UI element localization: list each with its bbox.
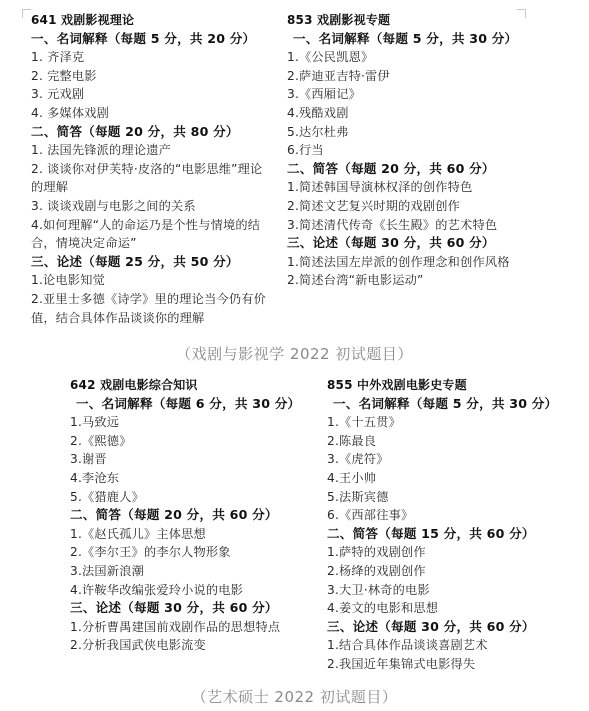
question-item: 1.分析曹禺建国前戏剧作品的思想特点: [70, 618, 310, 637]
question-item: 2.《熙德》: [70, 432, 310, 451]
question-item: 4.许鞍华改编张爱玲小说的电影: [70, 581, 310, 600]
question-item: 4.李沧东: [70, 469, 310, 488]
question-item: 3.《虎符》: [327, 450, 577, 469]
question-item: 2.简述文艺复兴时期的戏剧创作: [287, 197, 557, 216]
section-heading: 二、简答（每题 15 分，共 60 分）: [327, 525, 577, 544]
question-item: 1.简述韩国导演林权泽的创作特色: [287, 178, 557, 197]
caption-top: （戏剧与影视学 2022 初试题目）: [0, 343, 589, 364]
question-item: 2.杨绛的戏剧创作: [327, 562, 577, 581]
question-item: 2.我国近年集锦式电影得失: [327, 655, 577, 674]
question-item: 2.简述台湾“新电影运动”: [287, 271, 557, 290]
question-item: 1.《公民凯恩》: [287, 48, 557, 67]
caption-bottom: （艺术硕士 2022 初试题目）: [0, 686, 589, 707]
question-item: 5.法斯宾德: [327, 488, 577, 507]
question-item: 6.行当: [287, 141, 557, 160]
section-heading: 一、名词解释（每题 6 分，共 30 分）: [70, 395, 310, 414]
section-heading: 三、论述（每题 30 分，共 60 分）: [287, 234, 557, 253]
question-item: 1. 齐泽克: [31, 48, 271, 67]
question-item: 4. 多媒体戏剧: [31, 104, 271, 123]
question-item: 2. 谈谈你对伊芙特·皮洛的“电影思维”理论的理解: [31, 160, 271, 197]
question-item: 3.谢晋: [70, 450, 310, 469]
section-heading: 二、简答（每题 20 分，共 60 分）: [70, 506, 310, 525]
question-item: 5.《猎鹿人》: [70, 488, 310, 507]
question-item: 6.《西部往事》: [327, 506, 577, 525]
exam-title: 641 戏剧影视理论: [31, 11, 271, 30]
question-item: 2.亚里士多德《诗学》里的理论当今仍有价值，结合具体作品谈谈你的理解: [31, 290, 271, 327]
exam-855: 855 中外戏剧电影史专题 一、名词解释（每题 5 分，共 30 分） 1.《十…: [327, 376, 577, 674]
section-heading: 一、名词解释（每题 5 分，共 30 分）: [327, 395, 577, 414]
question-item: 2.萨迪亚吉特·雷伊: [287, 67, 557, 86]
exam-853: 853 戏剧影视专题 一、名词解释（每题 5 分，共 30 分） 1.《公民凯恩…: [287, 11, 557, 290]
section-heading: 一、名词解释（每题 5 分，共 20 分）: [31, 30, 271, 49]
question-item: 1.论电影知觉: [31, 271, 271, 290]
question-item: 5.达尔杜弗: [287, 123, 557, 142]
section-heading: 一、名词解释（每题 5 分，共 30 分）: [287, 30, 557, 49]
section-heading: 三、论述（每题 25 分，共 50 分）: [31, 253, 271, 272]
question-item: 1. 法国先锋派的理论遗产: [31, 141, 271, 160]
question-item: 4.姜文的电影和思想: [327, 599, 577, 618]
question-item: 3.大卫·林奇的电影: [327, 581, 577, 600]
question-item: 3.《西厢记》: [287, 85, 557, 104]
section-heading: 三、论述（每题 30 分，共 60 分）: [327, 618, 577, 637]
question-item: 3. 元戏剧: [31, 85, 271, 104]
question-item: 1.《赵氏孤儿》主体思想: [70, 525, 310, 544]
question-item: 1.萨特的戏剧创作: [327, 543, 577, 562]
question-item: 2.分析我国武侠电影流变: [70, 636, 310, 655]
question-item: 3.法国新浪潮: [70, 562, 310, 581]
question-item: 3.简述清代传奇《长生殿》的艺术特色: [287, 216, 557, 235]
section-heading: 二、简答（每题 20 分，共 80 分）: [31, 123, 271, 142]
question-item: 3. 谈谈戏剧与电影之间的关系: [31, 197, 271, 216]
question-item: 1.简述法国左岸派的创作理念和创作风格: [287, 253, 557, 272]
exam-title: 642 戏剧电影综合知识: [70, 376, 310, 395]
section-heading: 三、论述（每题 30 分，共 60 分）: [70, 599, 310, 618]
page-corner-mark: [22, 9, 31, 18]
question-item: 2.《李尔王》的李尔人物形象: [70, 543, 310, 562]
question-item: 4.王小帅: [327, 469, 577, 488]
question-item: 1.马致远: [70, 413, 310, 432]
question-item: 2.陈最良: [327, 432, 577, 451]
exam-title: 855 中外戏剧电影史专题: [327, 376, 577, 395]
section-heading: 二、简答（每题 20 分，共 60 分）: [287, 160, 557, 179]
exam-641: 641 戏剧影视理论 一、名词解释（每题 5 分，共 20 分） 1. 齐泽克 …: [31, 11, 271, 327]
exam-title: 853 戏剧影视专题: [287, 11, 557, 30]
question-item: 4.如何理解“人的命运乃是个性与情境的结合，情境决定命运”: [31, 216, 271, 253]
exam-642: 642 戏剧电影综合知识 一、名词解释（每题 6 分，共 30 分） 1.马致远…: [70, 376, 310, 655]
question-item: 2. 完整电影: [31, 67, 271, 86]
question-item: 1.《十五贯》: [327, 413, 577, 432]
question-item: 4.残酷戏剧: [287, 104, 557, 123]
question-item: 1.结合具体作品谈谈喜剧艺术: [327, 636, 577, 655]
